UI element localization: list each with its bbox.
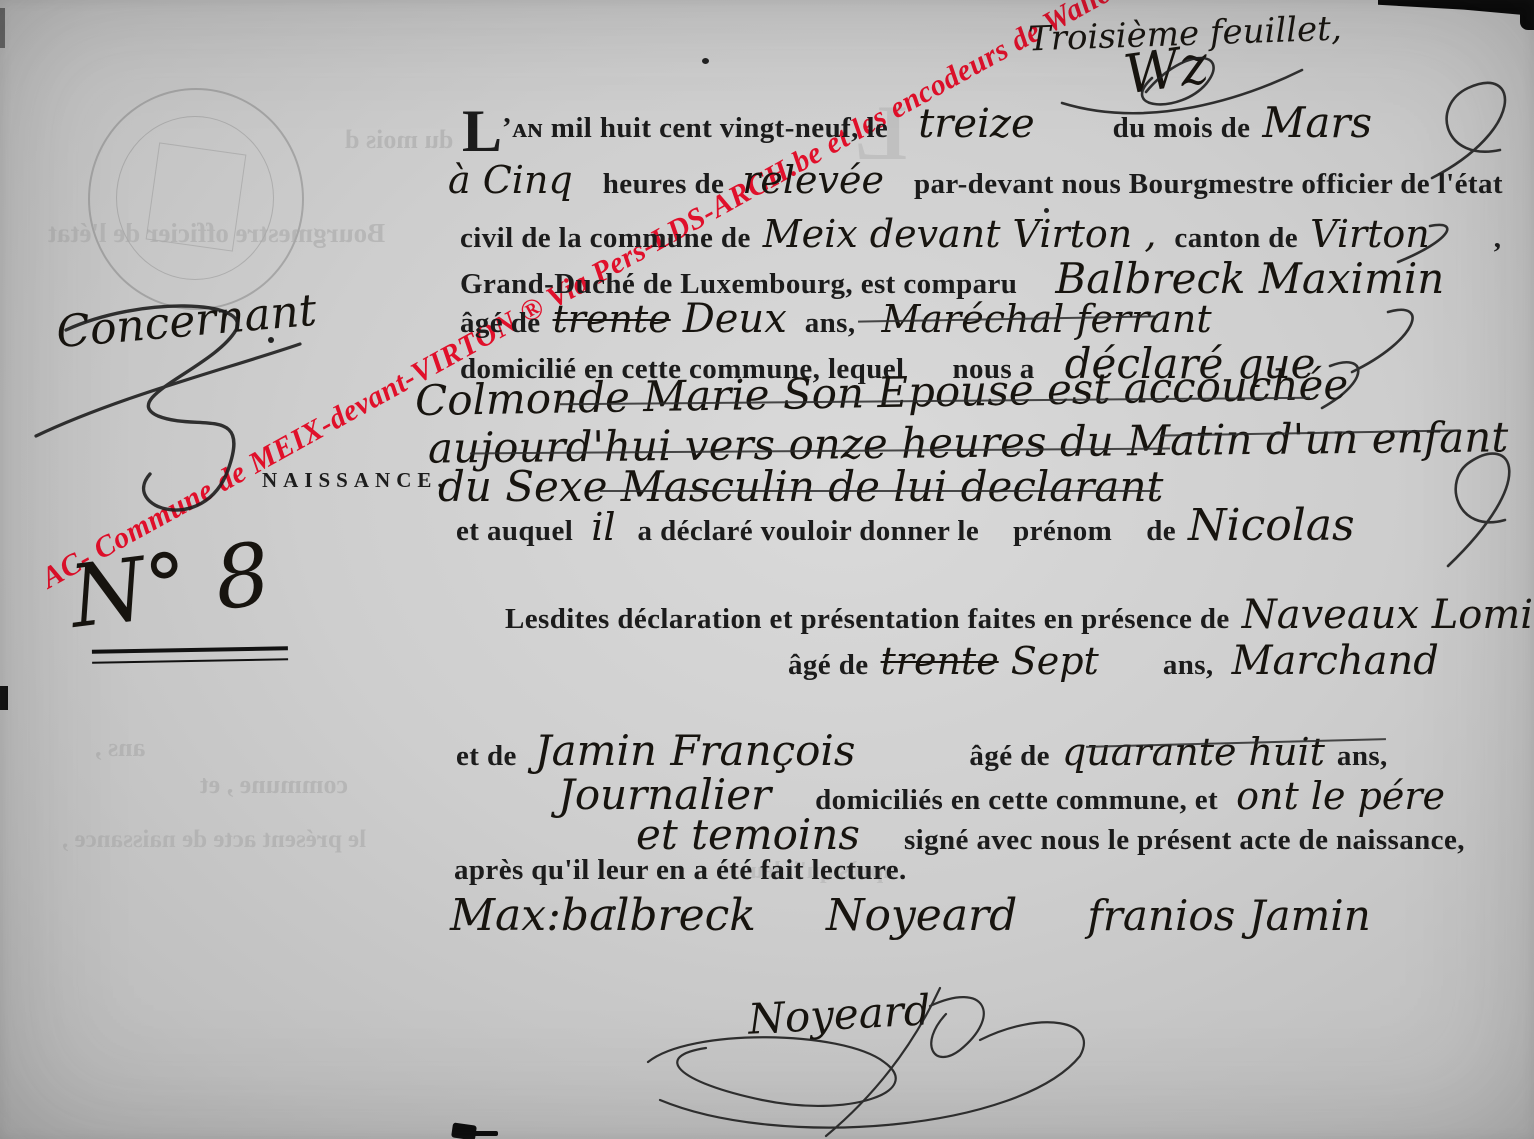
handwritten-canton: Virton xyxy=(1310,212,1430,256)
embossed-seal xyxy=(88,88,304,310)
handwritten-age: quarante huit xyxy=(1062,730,1325,774)
handwritten-hour: à Cinq xyxy=(448,158,573,202)
temoins-line: et temoins signé avec nous le présent ac… xyxy=(636,810,1465,859)
handwritten-child-name: Nicolas xyxy=(1188,500,1355,551)
signature-jamin: franios Jamin xyxy=(1087,891,1371,940)
handwritten-et-temoins: et temoins xyxy=(636,810,860,859)
printed-text: ans, xyxy=(1163,649,1214,681)
scanned-birth-record-page: L du mois d Bourgmestre officier de l'ét… xyxy=(0,0,1534,1139)
printed-text: par-devant nous Bourgmestre officier de … xyxy=(914,168,1503,200)
handwritten-profession: Marchand xyxy=(1232,638,1439,684)
lecture-line: après qu'il leur en a été fait lecture. xyxy=(454,854,907,887)
printed-text: Lesdites déclaration et présentation fai… xyxy=(505,603,1230,635)
handwritten-commune: Meix devant Virton , xyxy=(763,212,1157,256)
ink-speck xyxy=(612,906,616,910)
ink-speck xyxy=(1044,208,1049,213)
bleedthrough-text: le présent acte de naissance , xyxy=(62,826,366,854)
printed-text: du mois de xyxy=(1113,112,1251,144)
witness2-line: et de Jamin François âgé de quarante hui… xyxy=(456,726,1388,775)
witness-intro-line: Lesdites déclaration et présentation fai… xyxy=(505,592,1534,638)
signature-paraph-name: Noyeard xyxy=(747,985,932,1043)
handwritten-age-struck: trente xyxy=(881,639,999,683)
printed-text: , xyxy=(1494,222,1502,254)
section-label-naissance: NAISSANCE. xyxy=(262,468,449,493)
printed-text: ans, xyxy=(805,307,856,339)
printed-text: âgé de xyxy=(788,649,869,681)
scan-edge-mark xyxy=(1378,0,1534,16)
ink-speck xyxy=(702,58,709,64)
clerk-paraph-initials: Wz xyxy=(1120,32,1212,106)
act-line-1: L’ᴀɴ mil huit cent vingt-neuf, le treize… xyxy=(462,98,1372,155)
printed-text: de xyxy=(1146,515,1176,547)
printed-text: a déclaré vouloir donner le xyxy=(638,515,980,547)
drop-cap: L xyxy=(462,98,502,164)
ink-blot xyxy=(472,1131,498,1136)
signatures-row: Max:balbreck Noyeard franios Jamin xyxy=(450,890,1371,941)
strike-line xyxy=(600,490,1160,492)
bleedthrough-text: ans , xyxy=(95,733,146,763)
scan-edge-mark xyxy=(0,686,8,710)
act-line-10: et auquel il a déclaré vouloir donner le… xyxy=(456,500,1355,551)
scan-edge-mark xyxy=(0,8,5,48)
printed-text: heures de xyxy=(603,168,724,200)
printed-text: ’ᴀɴ mil huit cent vingt-neuf, le xyxy=(502,112,888,144)
signature-balbreck: Max:balbreck xyxy=(450,890,756,941)
printed-text: et de xyxy=(456,740,517,772)
scan-edge-mark xyxy=(1520,0,1534,30)
margin-annotation: Concernant xyxy=(54,285,318,359)
act-line-2: à Cinq heures de relevée par-devant nous… xyxy=(448,158,1503,202)
bleedthrough-text: Bourgmestre officier de l'état xyxy=(48,218,385,249)
act-line-5: âgé de trente Deux ans, Maréchal ferrant xyxy=(460,296,1212,342)
printed-text: signé avec nous le présent acte de naiss… xyxy=(904,824,1465,856)
signature-noyeard: Noyeard xyxy=(826,890,1017,941)
printed-text: et auquel xyxy=(456,515,573,547)
printed-text: âgé de xyxy=(460,307,541,339)
handwritten-witness2-name: Jamin François xyxy=(535,726,856,775)
bleedthrough-text: du mois d xyxy=(345,125,453,155)
handwritten-il: il xyxy=(591,505,615,549)
printed-text: ans, xyxy=(1337,740,1388,772)
handwritten-age: Sept xyxy=(1011,639,1099,683)
act-number-underline xyxy=(92,646,288,663)
printed-text: âgé de xyxy=(969,740,1050,772)
handwritten-witness1-name: Naveaux Lomin xyxy=(1242,592,1534,638)
bleedthrough-text: commune , et xyxy=(200,770,348,800)
printed-text: civil de la commune de xyxy=(460,222,751,254)
ink-speck xyxy=(268,337,274,343)
handwritten-age: Deux xyxy=(683,296,787,342)
handwritten-month: Mars xyxy=(1262,98,1372,147)
handwritten-relevee: relevée xyxy=(742,158,884,202)
witness1-age-line: âgé de trente Sept ans, Marchand xyxy=(788,638,1439,684)
printed-text: prénom xyxy=(1013,515,1112,547)
printed-text: canton de xyxy=(1174,222,1298,254)
handwritten-day: treize xyxy=(918,101,1034,147)
act-line-3: civil de la commune de Meix devant Virto… xyxy=(460,212,1501,256)
handwritten-age-struck: trente xyxy=(553,297,671,341)
